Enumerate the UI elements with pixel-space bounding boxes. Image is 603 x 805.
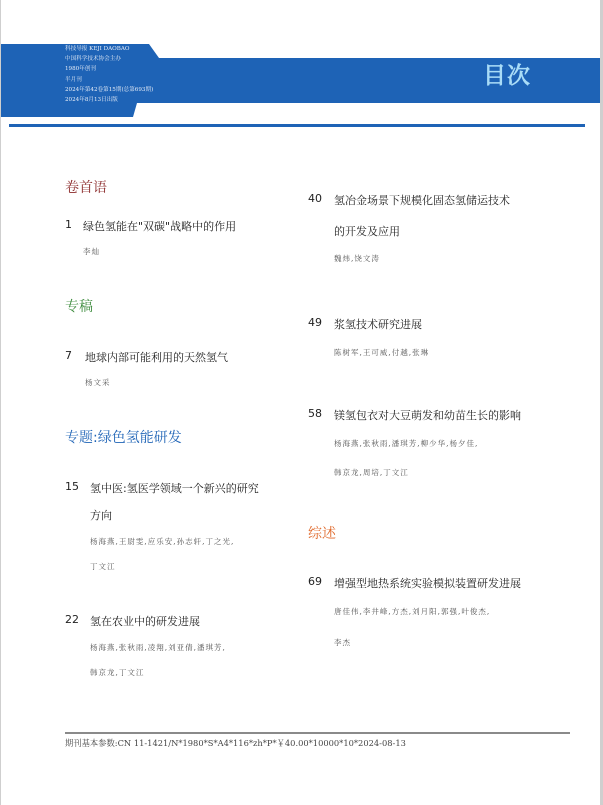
entry-title[interactable]: 氢在农业中的研发进展	[90, 613, 200, 629]
entry-title[interactable]: 氢中医:氢医学领域一个新兴的研究	[90, 480, 259, 496]
section-title-juanshouyu: 卷首语	[65, 177, 107, 197]
journal-founded: 1980年创刊	[65, 64, 153, 74]
entry-title-continued[interactable]: 的开发及应用	[334, 223, 400, 239]
entry-title[interactable]: 镁氢包衣对大豆萌发和幼苗生长的影响	[334, 407, 521, 423]
section-title-zhuanti: 专题:绿色氢能研发	[65, 427, 182, 447]
entry-authors: 杨海燕,张秋雨,潘琪芳,柳少华,杨夕佳,	[334, 438, 478, 449]
entry-authors: 魏炜,饶文涛	[334, 253, 380, 264]
entry-title[interactable]: 浆氢技术研究进展	[334, 316, 422, 332]
page-border-left	[0, 0, 1, 805]
section-title-zongshu: 综述	[308, 523, 336, 543]
entry-title[interactable]: 增强型地热系统实验模拟装置研发进展	[334, 575, 521, 591]
entry-page-number: 58	[308, 407, 322, 420]
entry-authors: 杨海燕,张秋雨,凌翔,刘亚倩,潘琪芳,	[90, 642, 226, 653]
header-banner: 科技导报 KEJI DAOBAO 中国科学技术协会主办 1980年创刊 半月刊 …	[1, 0, 600, 120]
entry-authors-continued: 韩京龙,丁文江	[90, 667, 144, 678]
entry-page-number: 1	[65, 218, 72, 231]
header-divider	[9, 124, 585, 127]
journal-parameters: 期刊基本参数:CN 11-1421/N*1980*S*A4*116*zh*P*￥…	[65, 737, 406, 749]
entry-authors: 杨文采	[85, 377, 111, 388]
entry-authors: 唐佳伟,李井峰,方杰,刘月阳,郭强,叶俊杰,	[334, 606, 490, 617]
entry-page-number: 7	[65, 349, 72, 362]
entry-authors-continued: 丁文江	[90, 561, 116, 572]
page-title: 目次	[483, 57, 531, 90]
journal-frequency: 半月刊	[65, 75, 153, 85]
journal-name: 科技导报 KEJI DAOBAO	[65, 44, 153, 54]
entry-page-number: 15	[65, 480, 79, 493]
entry-title[interactable]: 绿色氢能在"双碳"战略中的作用	[83, 218, 236, 234]
entry-authors-continued: 韩京龙,周培,丁文江	[334, 467, 409, 478]
entry-page-number: 49	[308, 316, 322, 329]
entry-title-continued[interactable]: 方向	[90, 507, 112, 523]
entry-title[interactable]: 氢冶金场景下规模化固态氢储运技术	[334, 192, 510, 208]
journal-issue: 2024年第42卷第15期(总第693期)	[65, 85, 153, 95]
entry-authors-continued: 李杰	[334, 637, 351, 648]
entry-page-number: 69	[308, 575, 322, 588]
entry-page-number: 22	[65, 613, 79, 626]
journal-sponsor: 中国科学技术协会主办	[65, 54, 153, 64]
entry-authors: 杨海燕,王尉雯,应乐安,孙志轩,丁之光,	[90, 536, 234, 547]
footer-divider	[65, 732, 570, 734]
section-title-zhuangao: 专稿	[65, 296, 93, 316]
entry-page-number: 40	[308, 192, 322, 205]
journal-pubdate: 2024年8月13日出版	[65, 95, 153, 105]
entry-authors: 陈树军,王可威,付越,张琳	[334, 347, 429, 358]
entry-authors: 李灿	[83, 246, 100, 257]
entry-title[interactable]: 地球内部可能利用的天然氢气	[85, 349, 228, 365]
journal-info: 科技导报 KEJI DAOBAO 中国科学技术协会主办 1980年创刊 半月刊 …	[65, 44, 153, 105]
